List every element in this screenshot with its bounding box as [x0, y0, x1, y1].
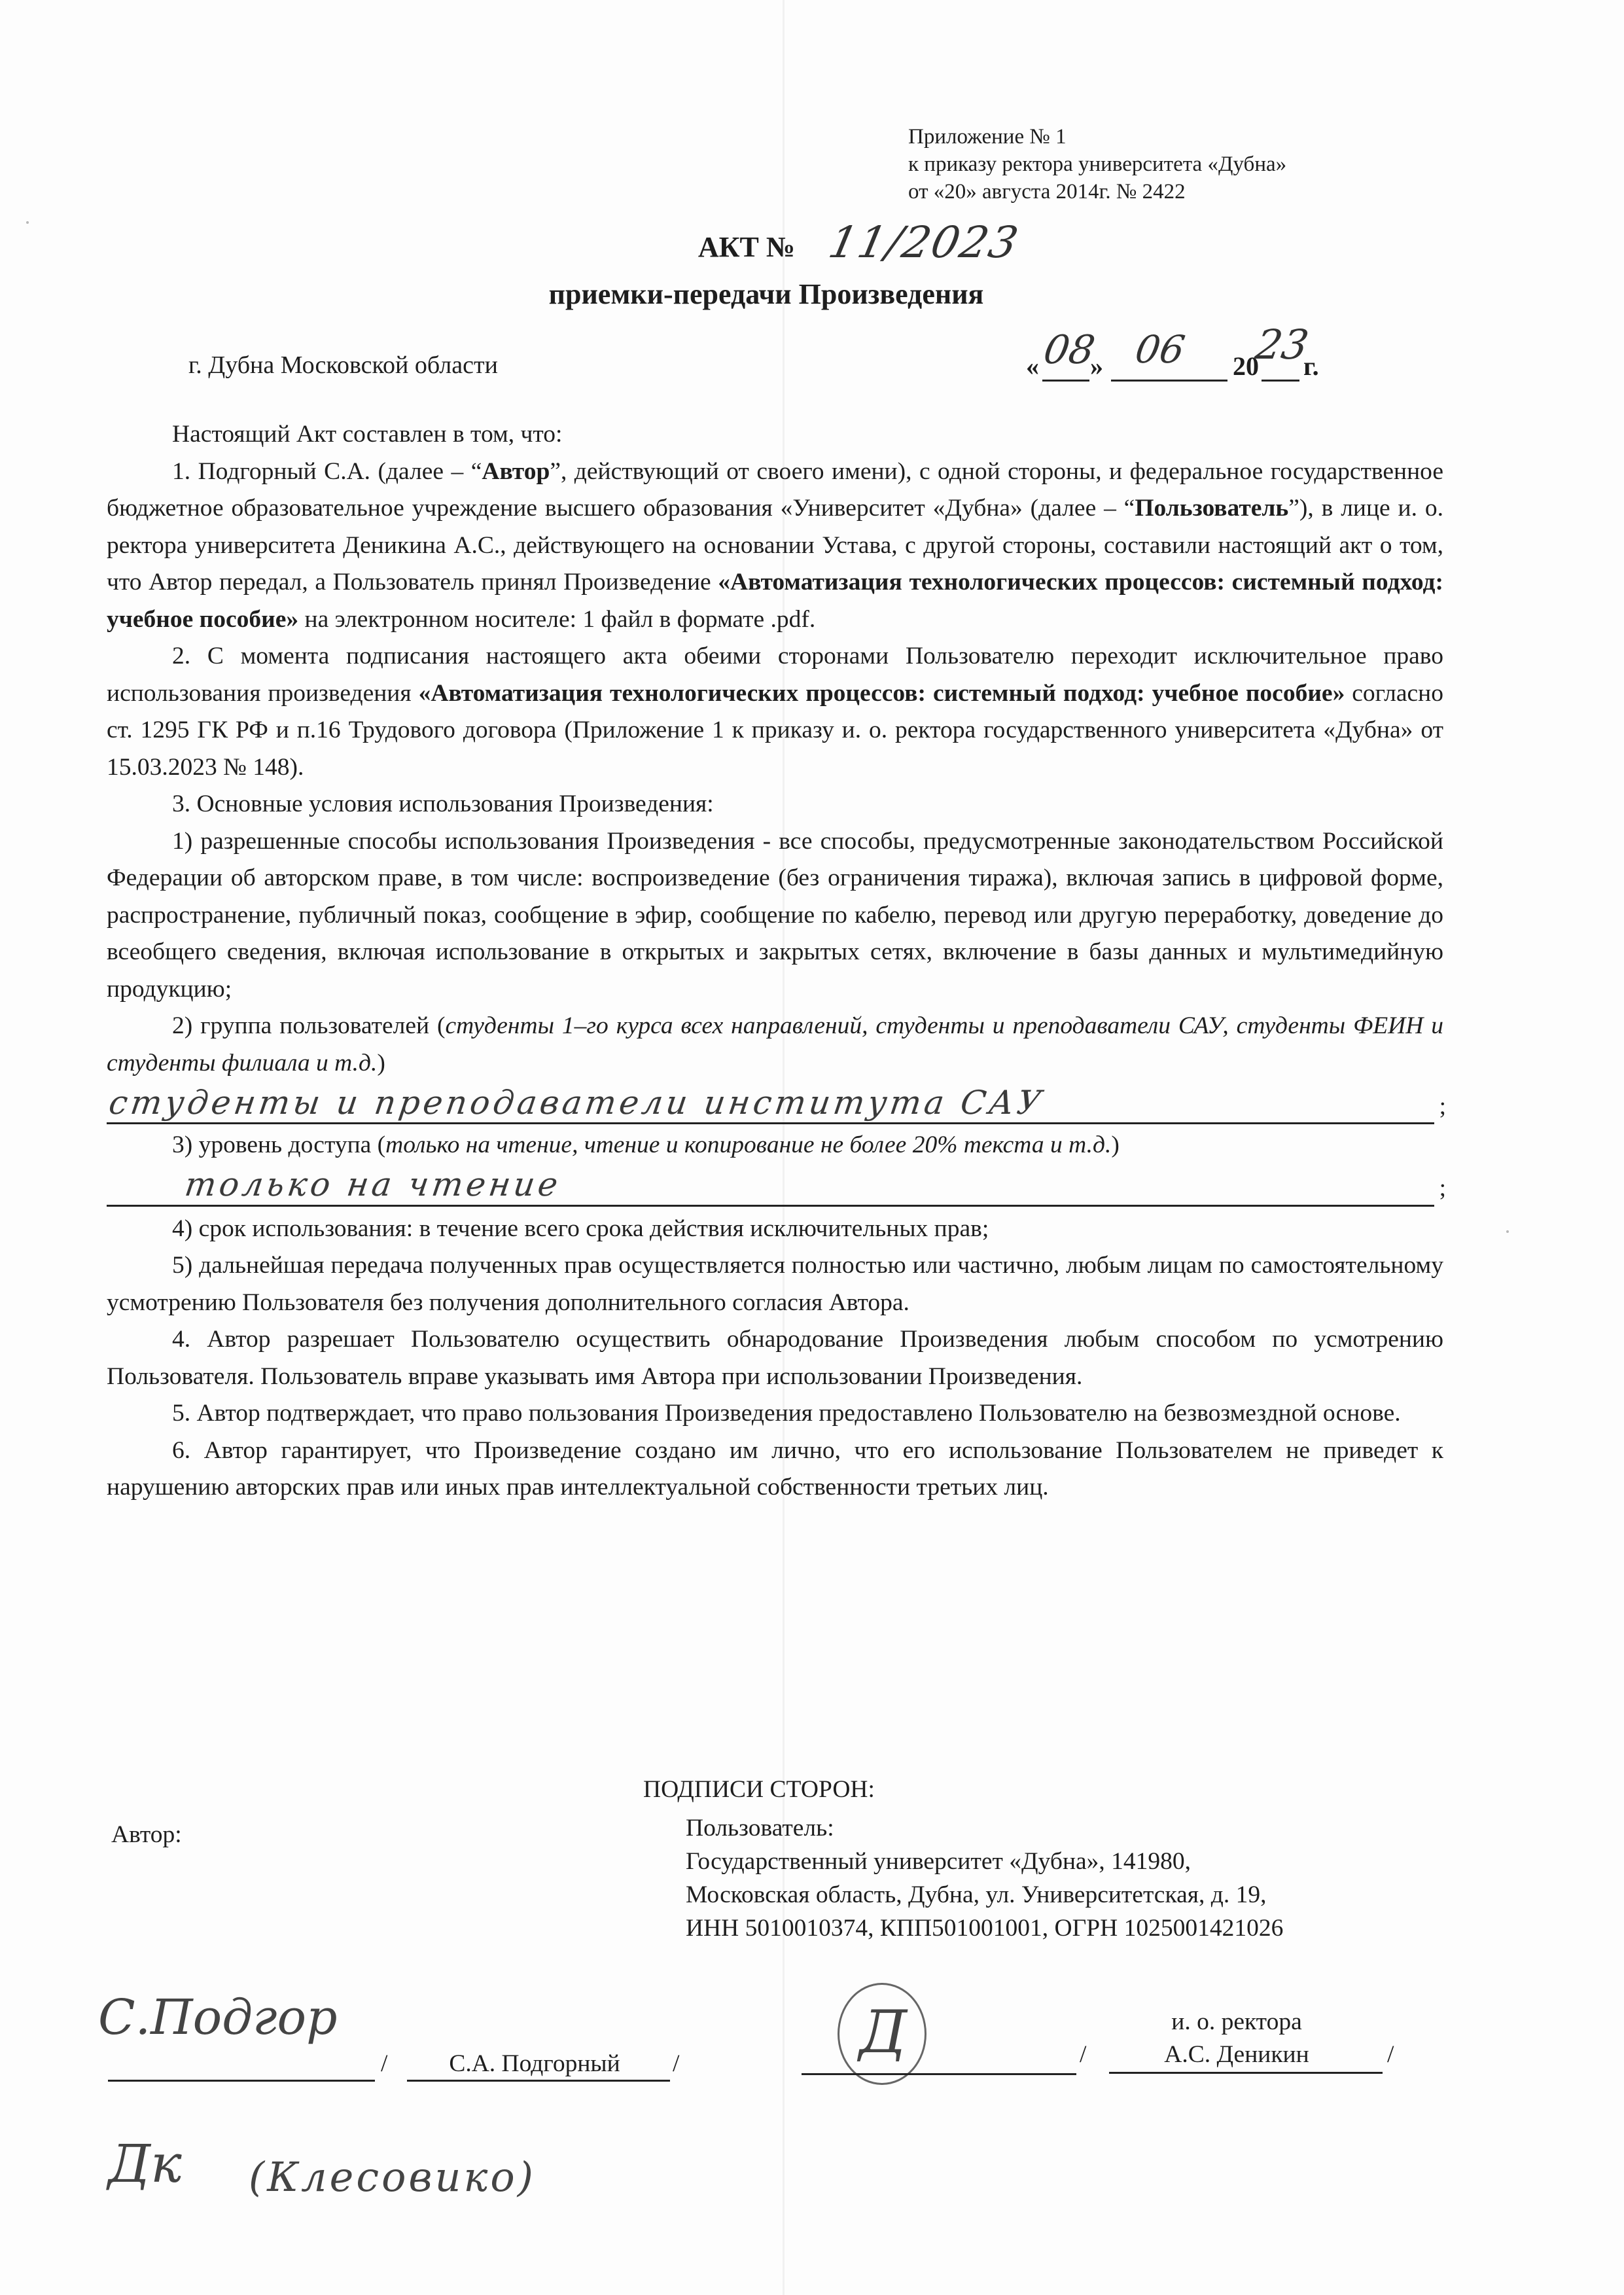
place-of-signing: г. Дубна Московской области: [188, 351, 498, 380]
author-label: Автор:: [111, 1821, 182, 1849]
appendix-line-1: Приложение № 1: [908, 123, 1286, 151]
p1-text-d: на электронном носителе: 1 файл в формат…: [298, 606, 815, 633]
condition-1: 1) разрешенные способы использования Про…: [107, 823, 1443, 1008]
user-group-terminator: ;: [1439, 1088, 1446, 1126]
access-level-handwritten: только на чтение: [183, 1166, 563, 1203]
rector-signature-line: [802, 2073, 1076, 2075]
user-group-field: студенты и преподаватели института САУ ;: [107, 1082, 1434, 1124]
date-year-line: [1262, 380, 1299, 382]
paragraph-1: 1. Подгорный С.А. (далее – “Автор”, дейс…: [107, 454, 1443, 639]
appendix-line-3: от «20» августа 2014г. № 2422: [908, 178, 1286, 205]
extra-handwritten-name: (Клесовико): [249, 2153, 536, 2201]
author-signature-handwritten: С.Подгор: [98, 1989, 337, 2046]
rector-name-line: [1109, 2072, 1383, 2074]
rector-signature-glyph: Д: [859, 1998, 907, 2067]
signatures-heading: ПОДПИСИ СТОРОН:: [643, 1775, 875, 1804]
work-title: «Автоматизация технологических процессов…: [419, 680, 1345, 707]
author-slash: /: [381, 2050, 387, 2078]
date-day-line: [1042, 380, 1089, 382]
condition-3: 3) уровень доступа (только на чтение, чт…: [107, 1127, 1443, 1164]
date-open-quote: «: [1026, 351, 1039, 382]
author-slash-end: /: [673, 2050, 679, 2078]
user-term: Пользователь: [1135, 495, 1288, 522]
rector-name: А.С. Деникин: [1106, 2040, 1368, 2069]
date-month-line: [1111, 380, 1227, 382]
act-body: Настоящий Акт составлен в том, что: 1. П…: [107, 416, 1443, 1506]
user-address-line-1: Государственный университет «Дубна», 141…: [686, 1845, 1283, 1878]
document-page: Приложение № 1 к приказу ректора универс…: [0, 0, 1624, 2295]
date-month-handwritten: 06: [1132, 327, 1188, 372]
author-term: Автор: [482, 458, 550, 485]
act-number-handwritten: 11/2023: [824, 217, 1024, 268]
date-close-quote: »: [1090, 351, 1103, 382]
author-name: С.А. Подгорный: [407, 2050, 662, 2078]
author-name-line: [407, 2080, 670, 2082]
intro-paragraph: Настоящий Акт составлен в том, что:: [107, 416, 1443, 454]
rector-slash: /: [1080, 2040, 1086, 2069]
appendix-line-2: к приказу ректора университета «Дубна»: [908, 151, 1286, 178]
user-details: Пользователь: Государственный университе…: [686, 1811, 1283, 1945]
date-year-suffix: г.: [1303, 351, 1319, 382]
subtitle-text: приемки-передачи Произведения: [549, 278, 984, 310]
author-signature-line: [108, 2080, 375, 2082]
condition-2-label: 2) группа пользователей (: [172, 1012, 446, 1039]
user-label: Пользователь:: [686, 1811, 1283, 1845]
paragraph-6: 6. Автор гарантирует, что Произведение с…: [107, 1432, 1443, 1506]
p1-text-a: 1. Подгорный С.А. (далее – “: [172, 458, 482, 485]
access-level-terminator: ;: [1439, 1170, 1446, 1207]
user-address-line-2: Московская область, Дубна, ул. Университ…: [686, 1878, 1283, 1912]
paragraph-3: 3. Основные условия использования Произв…: [107, 786, 1443, 823]
document-date: « 08 » 06 20 23 г.: [1026, 327, 1419, 380]
act-label: АКТ №: [698, 231, 795, 263]
rector-signature-handwritten: Д: [838, 1983, 927, 2085]
extra-handwritten-initials: Дк: [108, 2133, 182, 2194]
condition-3-label: 3) уровень доступа (: [172, 1131, 385, 1158]
condition-4: 4) срок использования: в течение всего с…: [107, 1211, 1443, 1248]
user-requisites: ИНН 5010010374, КПП501001001, ОГРН 10250…: [686, 1912, 1283, 1945]
user-group-handwritten: студенты и преподаватели института САУ: [107, 1084, 1047, 1122]
condition-2-close: ): [377, 1050, 385, 1076]
condition-2: 2) группа пользователей (студенты 1–го к…: [107, 1008, 1443, 1082]
document-subtitle: приемки-передачи Произведения: [0, 277, 1624, 311]
condition-3-hint: только на чтение, чтение и копирование н…: [385, 1131, 1111, 1158]
rector-position: и. о. ректора: [1106, 2008, 1368, 2036]
paragraph-2: 2. С момента подписания настоящего акта …: [107, 638, 1443, 786]
scan-speck: [1506, 1230, 1509, 1233]
condition-5: 5) дальнейшая передача полученных прав о…: [107, 1247, 1443, 1321]
condition-3-close: ): [1111, 1131, 1120, 1158]
appendix-header: Приложение № 1 к приказу ректора универс…: [908, 123, 1286, 205]
scan-speck: [26, 221, 29, 224]
document-title: АКТ №: [0, 230, 1624, 264]
paragraph-4: 4. Автор разрешает Пользователю осуществ…: [107, 1321, 1443, 1395]
rector-slash-end: /: [1387, 2040, 1394, 2069]
paragraph-5: 5. Автор подтверждает, что право пользов…: [107, 1395, 1443, 1432]
access-level-field: только на чтение ;: [107, 1164, 1434, 1207]
